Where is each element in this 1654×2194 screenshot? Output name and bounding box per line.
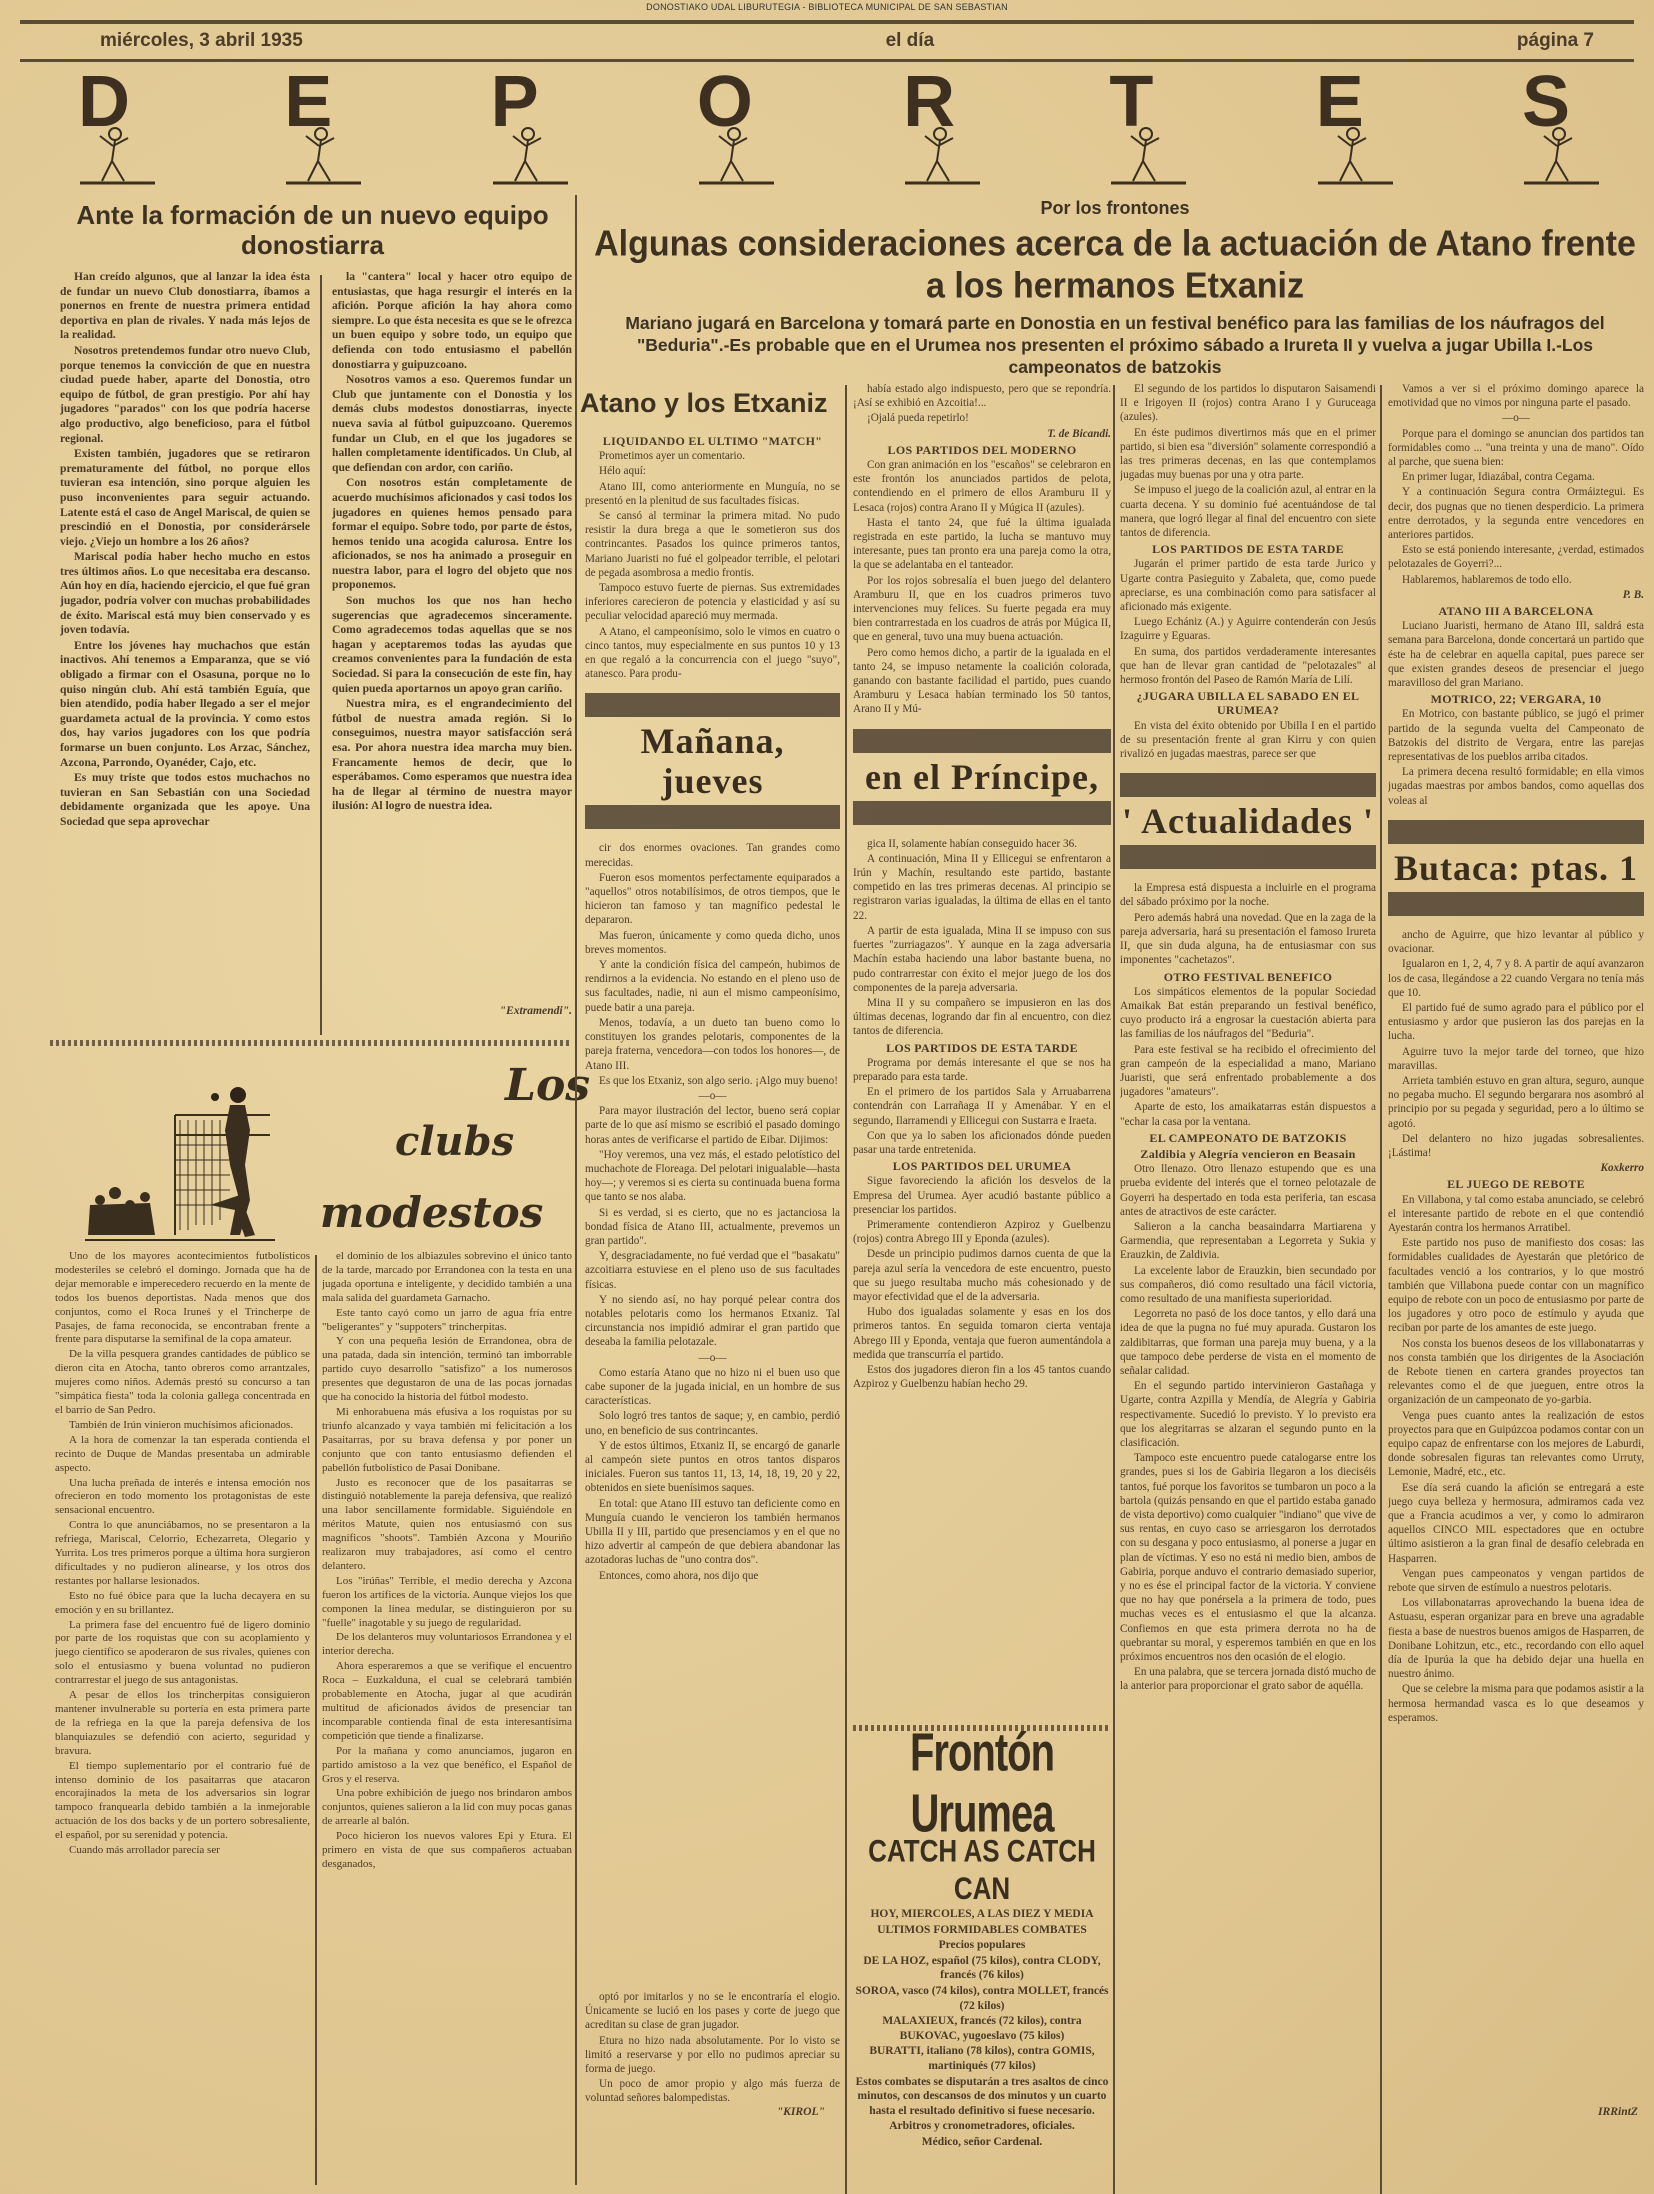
column-divider <box>575 195 577 2185</box>
deportes-letter-e: E <box>266 66 376 186</box>
paragraph: Se impuso el juego de la coalición azul,… <box>1120 483 1376 540</box>
paragraph: Pero además habrá una novedad. Que en la… <box>1120 911 1376 968</box>
paragraph: En total: que Atano III estuvo tan defic… <box>585 1497 840 1568</box>
paragraph: Que se celebre la misma para que podamos… <box>1388 1682 1644 1725</box>
paragraph: A continuación, Mina II y Ellicegui se e… <box>853 852 1111 923</box>
article-clubs-col1: Uno de los mayores acontecimientos futbo… <box>55 1250 310 1859</box>
paragraph: Este tanto cayó como un jarro de agua fr… <box>322 1307 572 1335</box>
paragraph: A pesar de ellos los trincherpitas consi… <box>55 1689 310 1759</box>
banner-advert: Mañana, jueves <box>585 693 840 829</box>
signature: P. B. <box>1388 588 1644 602</box>
paragraph: De los delanteros muy voluntariosos Erra… <box>322 1631 572 1659</box>
advert-line: Estos combates se disputarán a tres asal… <box>853 2075 1111 2119</box>
paragraph: Contra lo que anunciábamos, no se presen… <box>55 1519 310 1589</box>
subhead: ¿JUGARA UBILLA EL SABADO EN EL URUMEA? <box>1120 689 1376 717</box>
subhead: EL CAMPEONATO DE BATZOKIS <box>1120 1131 1376 1145</box>
column-divider <box>315 1255 317 2185</box>
goalkeeper-illustration <box>80 1085 280 1250</box>
subhead: LIQUIDANDO EL ULTIMO "MATCH" <box>585 434 840 448</box>
paragraph: Tampoco este encuentro puede catalogarse… <box>1120 1451 1376 1664</box>
subhead: LOS PARTIDOS DE ESTA TARDE <box>1120 542 1376 556</box>
advert-line: DE LA HOZ, español (75 kilos), contra CL… <box>853 1954 1111 1983</box>
paragraph: La primera fase del encuentro fué de lig… <box>55 1619 310 1689</box>
separator: —o— <box>1388 411 1644 425</box>
paragraph: ancho de Aguirre, que hizo levantar al p… <box>1388 928 1644 956</box>
column-divider <box>320 275 322 1035</box>
paragraph: "Hoy veremos, una vez más, el estado pel… <box>585 1148 840 1205</box>
paragraph: Arrieta también estuvo en gran altura, s… <box>1388 1074 1644 1131</box>
deportes-letter-o: O <box>679 66 789 186</box>
headline-atano: Algunas consideraciones acerca de la act… <box>585 223 1645 307</box>
paragraph: Tampoco estuvo fuerte de piernas. Sus ex… <box>585 581 840 624</box>
paragraph: Igualaron en 1, 2, 4, 7 y 8. A partir de… <box>1388 957 1644 1000</box>
deportes-letter-r: R <box>885 66 995 186</box>
paragraph: Existen también, jugadores que se retira… <box>60 447 310 549</box>
column-divider <box>845 385 847 2194</box>
paragraph: ¡Ojalá pueda repetirlo! <box>853 411 1111 425</box>
paragraph: También de Irún vinieron muchísimos afic… <box>55 1419 310 1433</box>
headline-clubs-modestos: modestos <box>320 1188 543 1237</box>
article-nuevo-equipo-col1: Han creído algunos, que al lanzar la ide… <box>60 270 310 831</box>
paragraph: Fueron esos momentos perfectamente equip… <box>585 871 840 928</box>
paragraph: En éste pudimos divertirnos más que en e… <box>1120 426 1376 483</box>
paragraph: Mariscal podía haber hecho mucho en esto… <box>60 550 310 638</box>
paragraph: Sigue favoreciendo la afición los desvel… <box>853 1174 1111 1217</box>
paragraph: Entre los jóvenes hay muchachos que está… <box>60 639 310 770</box>
paragraph: Los "irúñas" Terrible, el medio derecha … <box>322 1575 572 1631</box>
paragraph: Solo logró tres tantos de saque; y, en c… <box>585 1409 840 1437</box>
paragraph: Esto se está poniendo interesante, ¿verd… <box>1388 543 1644 571</box>
library-stamp: DONOSTIAKO UDAL LIBURUTEGIA - BIBLIOTECA… <box>0 2 1654 12</box>
paragraph: Entonces, como ahora, nos dijo que <box>585 1569 840 1583</box>
paragraph: El tiempo suplementario por el contrario… <box>55 1760 310 1843</box>
paragraph: Justo es reconocer que de los pasaitarra… <box>322 1477 572 1574</box>
article-clubs-col2: el dominio de los albiazules sobrevino e… <box>322 1250 572 1873</box>
paragraph: el dominio de los albiazules sobrevino e… <box>322 1250 572 1306</box>
paragraph: Son muchos los que nos han hecho sugeren… <box>332 594 572 696</box>
column-divider <box>1113 385 1115 2194</box>
paragraph: Pero como hemos dicho, a partir de la ig… <box>853 646 1111 717</box>
paragraph: Atano III, como anteriormente en Munguía… <box>585 480 840 508</box>
banner-advert: Butaca: ptas. 1 <box>1388 820 1644 916</box>
advert-line: SOROA, vasco (74 kilos), contra MOLLET, … <box>853 1984 1111 2013</box>
athlete-figure-icon <box>60 66 170 186</box>
paragraph: Aguirre tuvo la mejor tarde del torneo, … <box>1388 1045 1644 1073</box>
paragraph: A Atano, el campeonísimo, solo le vimos … <box>585 625 840 682</box>
paragraph: Legorreta no pasó de los doce tantos, y … <box>1120 1307 1376 1378</box>
advert-line: MALAXIEUX, francés (72 kilos), contra BU… <box>853 2014 1111 2043</box>
paragraph: El segundo de los partidos lo disputaron… <box>1120 382 1376 425</box>
paragraph: Y de estos últimos, Etxaniz II, se encar… <box>585 1439 840 1496</box>
article-atano-col4: Vamos a ver si el próximo domingo aparec… <box>1388 382 1644 1726</box>
signature: Koxkerro <box>1388 1161 1644 1175</box>
paragraph: Con nosotros están completamente de acue… <box>332 476 572 593</box>
deportes-letter-s: S <box>1504 66 1614 186</box>
top-rule <box>20 20 1634 24</box>
paragraph: Etura no hizo nada absolutamente. Por lo… <box>585 2034 840 2077</box>
paragraph: Jugarán el primer partido de esta tarde … <box>1120 557 1376 614</box>
masthead: miércoles, 3 abril 1935 el día página 7 <box>100 28 1594 54</box>
paragraph: La primera decena resultó formidable; en… <box>1388 765 1644 808</box>
paragraph: gica II, solamente habían conseguido hac… <box>853 837 1111 851</box>
headline-nuevo-equipo: Ante la formación de un nuevo equipo don… <box>55 200 570 260</box>
paragraph: Este partido nos puso de manifiesto dos … <box>1388 1236 1644 1335</box>
banner-advert: en el Príncipe, <box>853 729 1111 825</box>
athlete-figure-icon <box>473 66 583 186</box>
paragraph: De la villa pesquera grandes cantidades … <box>55 1348 310 1418</box>
advert-line: Médico, señor Cardenal. <box>853 2135 1111 2150</box>
advert-line: HOY, MIERCOLES, A LAS DIEZ Y MEDIA <box>853 1907 1111 1922</box>
paragraph: Salieron a la cancha beasaindarra Martia… <box>1120 1220 1376 1263</box>
signature: T. de Bicandi. <box>853 427 1111 441</box>
paragraph: Estos dos jugadores dieron fin a los 45 … <box>853 1363 1111 1391</box>
column-divider <box>1380 385 1382 2194</box>
headline-clubs-clubs: clubs <box>395 1118 514 1165</box>
paragraph: Con gran animación en los "escaños" se c… <box>853 458 1111 515</box>
paragraph: Cuando más arrollador parecía ser <box>55 1844 310 1858</box>
paragraph: Y a continuación Segura contra Ormáizteg… <box>1388 485 1644 542</box>
separator: —o— <box>585 1351 840 1365</box>
athlete-figure-icon <box>1091 66 1201 186</box>
paragraph: Mas fueron, únicamente y como queda dich… <box>585 929 840 957</box>
athlete-figure-icon <box>679 66 789 186</box>
deportes-letter-d: D <box>60 66 170 186</box>
page-number: página 7 <box>1517 30 1594 52</box>
paragraph: En Motrico, con bastante público, se jug… <box>1388 707 1644 764</box>
paragraph: En el segundo partido intervinieron Gast… <box>1120 1379 1376 1450</box>
paragraph: Venga pues cuanto antes la realización d… <box>1388 1409 1644 1480</box>
article-atano-col1: LIQUIDANDO EL ULTIMO "MATCH"Prometimos a… <box>585 432 840 1584</box>
paragraph: Hubo dos igualadas solamente y esas en l… <box>853 1305 1111 1362</box>
deportes-letter-e: E <box>1298 66 1408 186</box>
paragraph: Del delantero no hizo jugadas sobresalie… <box>1388 1132 1644 1160</box>
article-atano-col3: El segundo de los partidos lo disputaron… <box>1120 382 1376 1695</box>
kicker-por-los-frontones: Por los frontones <box>590 198 1640 219</box>
paragraph: Y no siendo así, no hay porqué pelear co… <box>585 1293 840 1350</box>
paragraph: La excelente labor de Erauzkin, bien sec… <box>1120 1264 1376 1307</box>
paragraph: Para este festival se ha recibido el ofr… <box>1120 1043 1376 1100</box>
paragraph: Hasta el tanto 24, que fué la última igu… <box>853 516 1111 573</box>
paragraph: Es que los Etxaniz, son algo serio. ¡Alg… <box>585 1074 840 1088</box>
paragraph: Y ante la condición física del campeón, … <box>585 958 840 1015</box>
paragraph: la Empresa está dispuesta a incluirle en… <box>1120 881 1376 909</box>
paragraph: En vista del éxito obtenido por Ubilla I… <box>1120 719 1376 762</box>
subhead: ATANO III A BARCELONA <box>1388 604 1644 618</box>
paragraph: Aparte de esto, los amaikatarras están d… <box>1120 1100 1376 1128</box>
advert-line: Arbitros y cronometradores, oficiales. <box>853 2119 1111 2134</box>
paragraph: Uno de los mayores acontecimientos futbo… <box>55 1250 310 1347</box>
paragraph: la "cantera" local y hacer otro equipo d… <box>332 270 572 372</box>
athlete-figure-icon <box>1298 66 1408 186</box>
section-title-deportes: DEPORTES <box>60 66 1614 186</box>
paragraph: Hélo aquí: <box>585 464 840 478</box>
paragraph: Una lucha preñada de interés e intensa e… <box>55 1477 310 1519</box>
athlete-figure-icon <box>1504 66 1614 186</box>
athlete-figure-icon <box>885 66 995 186</box>
deck-atano: Mariano jugará en Barcelona y tomará par… <box>585 312 1645 378</box>
advert-body: HOY, MIERCOLES, A LAS DIEZ Y MEDIAULTIMO… <box>853 1907 1111 2150</box>
paragraph: Mi enhorabuena más efusiva a los roquist… <box>322 1406 572 1476</box>
subhead: LOS PARTIDOS DEL URUMEA <box>853 1159 1111 1173</box>
paragraph: Poco hicieron los nuevos valores Epi y E… <box>322 1830 572 1872</box>
paragraph: En primer lugar, Idiazábal, contra Cegam… <box>1388 470 1644 484</box>
paragraph: Mina II y su compañero se impusieron en … <box>853 996 1111 1039</box>
paragraph: Por la mañana y como anunciamos, jugaron… <box>322 1745 572 1787</box>
subheadline-atano-etxaniz: Atano y los Etxaniz <box>580 388 842 419</box>
paragraph: Han creído algunos, que al lanzar la ide… <box>60 270 310 343</box>
subhead: EL JUEGO DE REBOTE <box>1388 1177 1644 1191</box>
paragraph: cir dos enormes ovaciones. Tan grandes c… <box>585 841 840 869</box>
deportes-letter-p: P <box>473 66 583 186</box>
newspaper-name: el día <box>886 30 935 52</box>
paragraph: Porque para el domingo se anuncian dos p… <box>1388 427 1644 470</box>
advert-fronton-urumea: Frontón Urumea CATCH AS CATCH CAN HOY, M… <box>853 1725 1111 2151</box>
paragraph: En una palabra, que se tercera jornada d… <box>1120 1665 1376 1693</box>
paragraph: En Villabona, y tal como estaba anunciad… <box>1388 1193 1644 1236</box>
paragraph: había estado algo indispuesto, pero que … <box>853 382 1111 410</box>
advert-line: BURATTI, italiano (78 kilos), contra GOM… <box>853 2044 1111 2073</box>
paragraph: Ese día será cuando la afición se entreg… <box>1388 1481 1644 1566</box>
advert-line: Precios populares <box>853 1938 1111 1953</box>
article-kirol-end: optó por imitarlos y no se le encontrarí… <box>585 1990 840 2107</box>
paragraph: Otro llenazo. Otro llenazo estupendo que… <box>1120 1162 1376 1219</box>
paragraph: Si es verdad, si es cierto, que no es ja… <box>585 1206 840 1249</box>
paragraph: En suma, dos partidos verdaderamente int… <box>1120 645 1376 688</box>
subhead: OTRO FESTIVAL BENEFICO <box>1120 970 1376 984</box>
paragraph: En el primero de los partidos Sala y Arr… <box>853 1085 1111 1128</box>
paragraph: Desde un principio pudimos darnos cuenta… <box>853 1247 1111 1304</box>
paragraph: Es muy triste que todos estos muchachos … <box>60 771 310 829</box>
paragraph: Luciano Juaristi, hermano de Atano III, … <box>1388 619 1644 690</box>
signature-irrintz: IRRintZ <box>1388 2105 1638 2120</box>
paragraph: Nos consta los buenos deseos de los vill… <box>1388 1337 1644 1408</box>
advert-line: ULTIMOS FORMIDABLES COMBATES <box>853 1923 1111 1938</box>
paragraph: Se cansó al terminar la primera mitad. N… <box>585 509 840 580</box>
advert-title: Frontón Urumea <box>853 1723 1111 1845</box>
paragraph: El partido fué de sumo agrado para el pú… <box>1388 1001 1644 1044</box>
banner-advert: ' Actualidades ' <box>1120 773 1376 869</box>
signature-extramendi: "Extramendi". <box>332 1004 572 1019</box>
paragraph: Nosotros pretendemos fundar otro nuevo C… <box>60 344 310 446</box>
paragraph: Los villabonatarras aprovechando la buen… <box>1388 1596 1644 1681</box>
paragraph: Programa por demás interesante el que se… <box>853 1056 1111 1084</box>
article-atano-col2: había estado algo indispuesto, pero que … <box>853 382 1111 1392</box>
paragraph: A partir de esta igualada, Mina II se im… <box>853 924 1111 995</box>
paragraph: Y con una pequeña lesión de Errandonea, … <box>322 1335 572 1405</box>
paragraph: A la hora de comenzar la tan esperada co… <box>55 1434 310 1476</box>
signature-kirol: "KIROL" <box>585 2105 825 2120</box>
paragraph: Nuestra mira, es el engrandecimiento del… <box>332 697 572 814</box>
paragraph: Una pobre exhibición de juego nos brinda… <box>322 1787 572 1829</box>
separator: —o— <box>585 1089 840 1103</box>
advert-subtitle: CATCH AS CATCH CAN <box>853 1833 1111 1907</box>
subhead: LOS PARTIDOS DE ESTA TARDE <box>853 1041 1111 1055</box>
subhead: MOTRICO, 22; VERGARA, 10 <box>1388 692 1644 706</box>
headline-clubs-los: Los <box>505 1060 590 1111</box>
divider-wavy <box>50 1040 570 1046</box>
paragraph: Nosotros vamos a eso. Queremos fundar un… <box>332 373 572 475</box>
paragraph: Prometimos ayer un comentario. <box>585 449 840 463</box>
article-nuevo-equipo-col2: la "cantera" local y hacer otro equipo d… <box>332 270 572 815</box>
athlete-figure-icon <box>266 66 376 186</box>
paragraph: Para mayor ilustración del lector, bueno… <box>585 1104 840 1147</box>
paragraph: Hablaremos, hablaremos de todo ello. <box>1388 573 1644 587</box>
paragraph: Como estaría Atano que no hizo ni el bue… <box>585 1366 840 1409</box>
paragraph: Con que ya lo saben los aficionados dónd… <box>853 1129 1111 1157</box>
paragraph: Menos, todavía, a un dueto tan bueno com… <box>585 1016 840 1073</box>
paragraph: Luego Echániz (A.) y Aguirre contenderán… <box>1120 615 1376 643</box>
paragraph: Un poco de amor propio y algo más fuerza… <box>585 2077 840 2105</box>
deportes-letter-t: T <box>1091 66 1201 186</box>
paragraph: Ahora esperaremos a que se verifique el … <box>322 1660 572 1743</box>
issue-date: miércoles, 3 abril 1935 <box>100 30 303 52</box>
paragraph: Primeramente contendieron Azpiroz y Guel… <box>853 1218 1111 1246</box>
subhead: LOS PARTIDOS DEL MODERNO <box>853 443 1111 457</box>
masthead-rule <box>20 59 1634 62</box>
subhead: Zaldibia y Alegría vencieron en Beasain <box>1120 1147 1376 1161</box>
paragraph: Y, desgraciadamente, no fué verdad que e… <box>585 1249 840 1292</box>
paragraph: Vamos a ver si el próximo domingo aparec… <box>1388 382 1644 410</box>
paragraph: Esto no fué óbice para que la lucha deca… <box>55 1590 310 1618</box>
paragraph: Los simpáticos elementos de la popular S… <box>1120 985 1376 1042</box>
paragraph: optó por imitarlos y no se le encontrarí… <box>585 1990 840 2033</box>
paragraph: Vengan pues campeonatos y vengan partido… <box>1388 1567 1644 1595</box>
paragraph: Por los rojos sobresalía el buen juego d… <box>853 574 1111 645</box>
